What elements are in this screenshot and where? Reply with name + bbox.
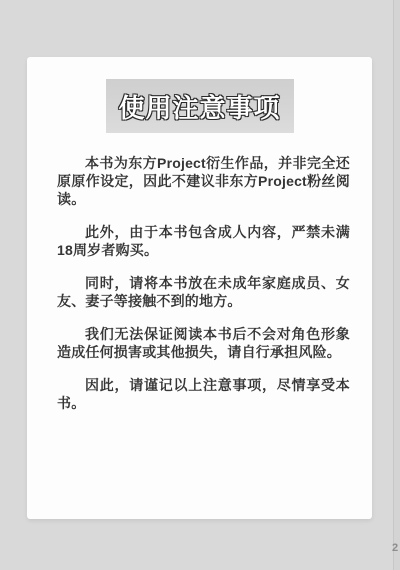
scan-background: 使用注意事项 本书为东方Project衍生作品，并非完全还原原作设定，因此不建议… <box>0 0 400 570</box>
scan-edge-strip <box>394 0 400 570</box>
scan-page-edge-line <box>393 0 394 570</box>
notice-paragraph-disclaimer: 我们无法保证阅读本书后不会对角色形象造成任何损害或其他损失，请自行承担风险。 <box>57 325 350 361</box>
notice-body: 本书为东方Project衍生作品，并非完全还原原作设定，因此不建议非东方Proj… <box>57 154 350 412</box>
notice-paragraph-closing: 因此，请谨记以上注意事项，尽情享受本书。 <box>57 376 350 412</box>
notice-paragraph-adult-warning: 此外，由于本书包含成人内容，严禁未满18周岁者购买。 <box>57 223 350 259</box>
notice-page: 使用注意事项 本书为东方Project衍生作品，并非完全还原原作设定，因此不建议… <box>27 57 372 519</box>
page-title: 使用注意事项 <box>118 88 280 125</box>
title-banner: 使用注意事项 <box>106 79 294 133</box>
page-number: 2 <box>392 542 398 554</box>
notice-paragraph-origin: 本书为东方Project衍生作品，并非完全还原原作设定，因此不建议非东方Proj… <box>57 154 350 208</box>
notice-paragraph-storage: 同时，请将本书放在未成年家庭成员、女友、妻子等接触不到的地方。 <box>57 274 350 310</box>
